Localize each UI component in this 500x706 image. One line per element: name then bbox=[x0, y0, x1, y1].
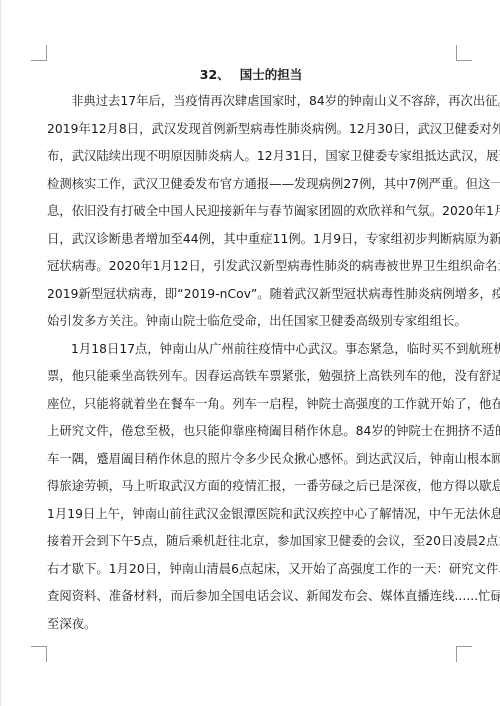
document-body: 32、国士的担当 非典过去17年后，当疫情再次肆虐国家时，84岁的钟南山义不容辞… bbox=[47, 62, 455, 638]
margin-corner-mark-top-left bbox=[31, 45, 47, 61]
margin-corner-mark-top-right bbox=[456, 45, 472, 61]
paragraph-line: 车一隅，蹙眉阖目稍作休息的照片令多少民众揪心感怀。到达武汉后，钟南山根本顾不 bbox=[47, 446, 455, 474]
paragraph-line: 至深夜。 bbox=[47, 611, 455, 639]
paragraph-line: 座位，只能将就着坐在餐车一角。列车一启程，钟院士高强度的工作就开始了，他在车 bbox=[47, 391, 455, 419]
document-page: 32、国士的担当 非典过去17年后，当疫情再次肆虐国家时，84岁的钟南山义不容辞… bbox=[0, 0, 500, 706]
paragraph-line: 布，武汉陆续出现不明原因肺炎病人。12月31日，国家卫健委专家组抵达武汉，展开 bbox=[47, 143, 455, 171]
margin-corner-mark-bottom-left bbox=[31, 646, 47, 662]
paragraph-line: 接着开会到下午5点，随后乘机赶往北京，参加国家卫健委的会议，至20日凌晨2点左 bbox=[47, 528, 455, 556]
paragraph-line: 日，武汉诊断患者增加至44例，其中重症11例。1月9日，专家组初步判断病原为新型 bbox=[47, 226, 455, 254]
paragraph-line: 票，他只能乘坐高铁列车。因春运高铁车票紧张，勉强挤上高铁列车的他，没有舒适的 bbox=[47, 363, 455, 391]
paragraph-line: 始引发多方关注。钟南山院士临危受命，出任国家卫健委高级别专家组组长。 bbox=[47, 308, 455, 336]
paragraph-line: 1月18日17点，钟南山从广州前往疫情中心武汉。事态紧急，临时买不到航班机 bbox=[47, 336, 455, 364]
paragraph-line: 上研究文件，倦怠至极，也只能仰靠座椅阖目稍作休息。84岁的钟院士在拥挤不适的餐 bbox=[47, 418, 455, 446]
paragraph-line: 1月19日上午，钟南山前往武汉金银潭医院和武汉疾控中心了解情况，中午无法休息， bbox=[47, 501, 455, 529]
paragraph-line: 冠状病毒。2020年1月12日，引发武汉新型病毒性肺炎的病毒被世界卫生组织命名为 bbox=[47, 253, 455, 281]
paragraph-line: 右才歇下。1月20日，钟南山清晨6点起床，又开始了高强度工作的一天：研究文件、 bbox=[47, 556, 455, 584]
paragraph-line: 非典过去17年后，当疫情再次肆虐国家时，84岁的钟南山义不容辞，再次出征。 bbox=[47, 88, 455, 116]
section-title: 32、国士的担当 bbox=[47, 62, 455, 88]
paragraph-line: 2019新型冠状病毒，即“2019-nCov”。随着武汉新型冠状病毒性肺炎病例增… bbox=[47, 281, 455, 309]
section-title-text: 国士的担当 bbox=[240, 67, 303, 82]
paragraph-2: 1月18日17点，钟南山从广州前往疫情中心武汉。事态紧急，临时买不到航班机 票，… bbox=[47, 336, 455, 639]
paragraph-line: 得旅途劳顿，马上听取武汉方面的疫情汇报，一番劳碌之后已是深夜，他方得以歇息。 bbox=[47, 473, 455, 501]
paragraph-line: 查阅资料、准备材料，而后参加全国电话会议、新闻发布会、媒体直播连线......忙… bbox=[47, 583, 455, 611]
margin-corner-mark-bottom-right bbox=[456, 646, 472, 662]
paragraph-line: 息，依旧没有打破全中国人民迎接新年与春节阖家团圆的欢欣祥和气氛。2020年1月3 bbox=[47, 198, 455, 226]
section-number: 32、 bbox=[200, 67, 230, 82]
paragraph-line: 2019年12月8日，武汉发现首例新型病毒性肺炎病例。12月30日，武汉卫健委对… bbox=[47, 116, 455, 144]
paragraph-line: 检测核实工作，武汉卫健委发布官方通报——发现病例27例，其中7例严重。但这一消 bbox=[47, 171, 455, 199]
paragraph-1: 非典过去17年后，当疫情再次肆虐国家时，84岁的钟南山义不容辞，再次出征。 20… bbox=[47, 88, 455, 336]
